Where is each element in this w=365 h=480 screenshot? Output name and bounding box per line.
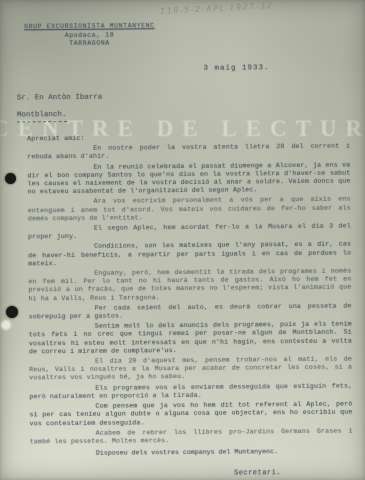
recipient-block: Sr. En Antòn Ibarra Montblanch.: [17, 91, 364, 122]
letterhead-organization: GRUP EXCURSIONISTA MUNTANYENC: [24, 22, 155, 32]
paragraph: Com pensem que ja vos ho hem dit tot ref…: [29, 401, 352, 428]
scanned-letter-page: CENTRE DE LECTURA CENTRE I 118-5-2-APL 1…: [0, 0, 365, 480]
paragraph: En la reunió celebrada el passat diumeng…: [27, 161, 350, 197]
letter-content: GRUP EXCURSIONISTA MUNTANYENC Apodaca, 1…: [0, 0, 365, 480]
closing-line: Disposeu dels vostres companys del Munta…: [30, 448, 353, 458]
paragraph-list: En nostre poder la vostra atenta lletra …: [27, 143, 353, 447]
recipient-city: Montblanch.: [17, 111, 67, 122]
paper-stain: [1, 320, 11, 330]
paragraph: Ara vos escrivim personalment a vós per …: [28, 196, 351, 223]
letterhead: GRUP EXCURSIONISTA MUNTANYENC Apodaca, 1…: [24, 22, 155, 49]
paragraph: Acabem de rebrer los llibres pro-Jardins…: [30, 427, 353, 446]
letterhead-city: TARRAGONA: [24, 39, 155, 49]
punch-hole-bottom: [6, 306, 18, 318]
recipient-name: Sr. En Antòn Ibarra: [17, 91, 364, 103]
paragraph: Condicions, son les mateixes que l'any p…: [28, 241, 351, 268]
paragraph: Els programes vos els enviarem desseguid…: [29, 382, 352, 401]
paragraph: El segon Aplec, hem acordat fer-lo a la …: [28, 223, 351, 242]
greeting: Apreciat amic:: [27, 133, 350, 144]
paragraph: En nostre poder la vostra atenta lletra …: [27, 143, 350, 162]
letter-date: 3 maig 1933.: [0, 63, 364, 74]
letter-body: Apreciat amic: En nostre poder la vostra…: [27, 133, 353, 447]
paragraph: Enguany, però, hem desmentit la tirada d…: [28, 268, 351, 304]
punch-hole-top: [5, 173, 16, 184]
paragraph: El dia 20 d'aquest mes, pensem trobar-no…: [29, 356, 352, 383]
paragraph: Sentim molt lo dels anuncis dels program…: [29, 321, 352, 357]
signature: Secretari.: [234, 469, 365, 478]
paragraph: Per cada seient del auto, es deurà cobra…: [29, 302, 352, 321]
